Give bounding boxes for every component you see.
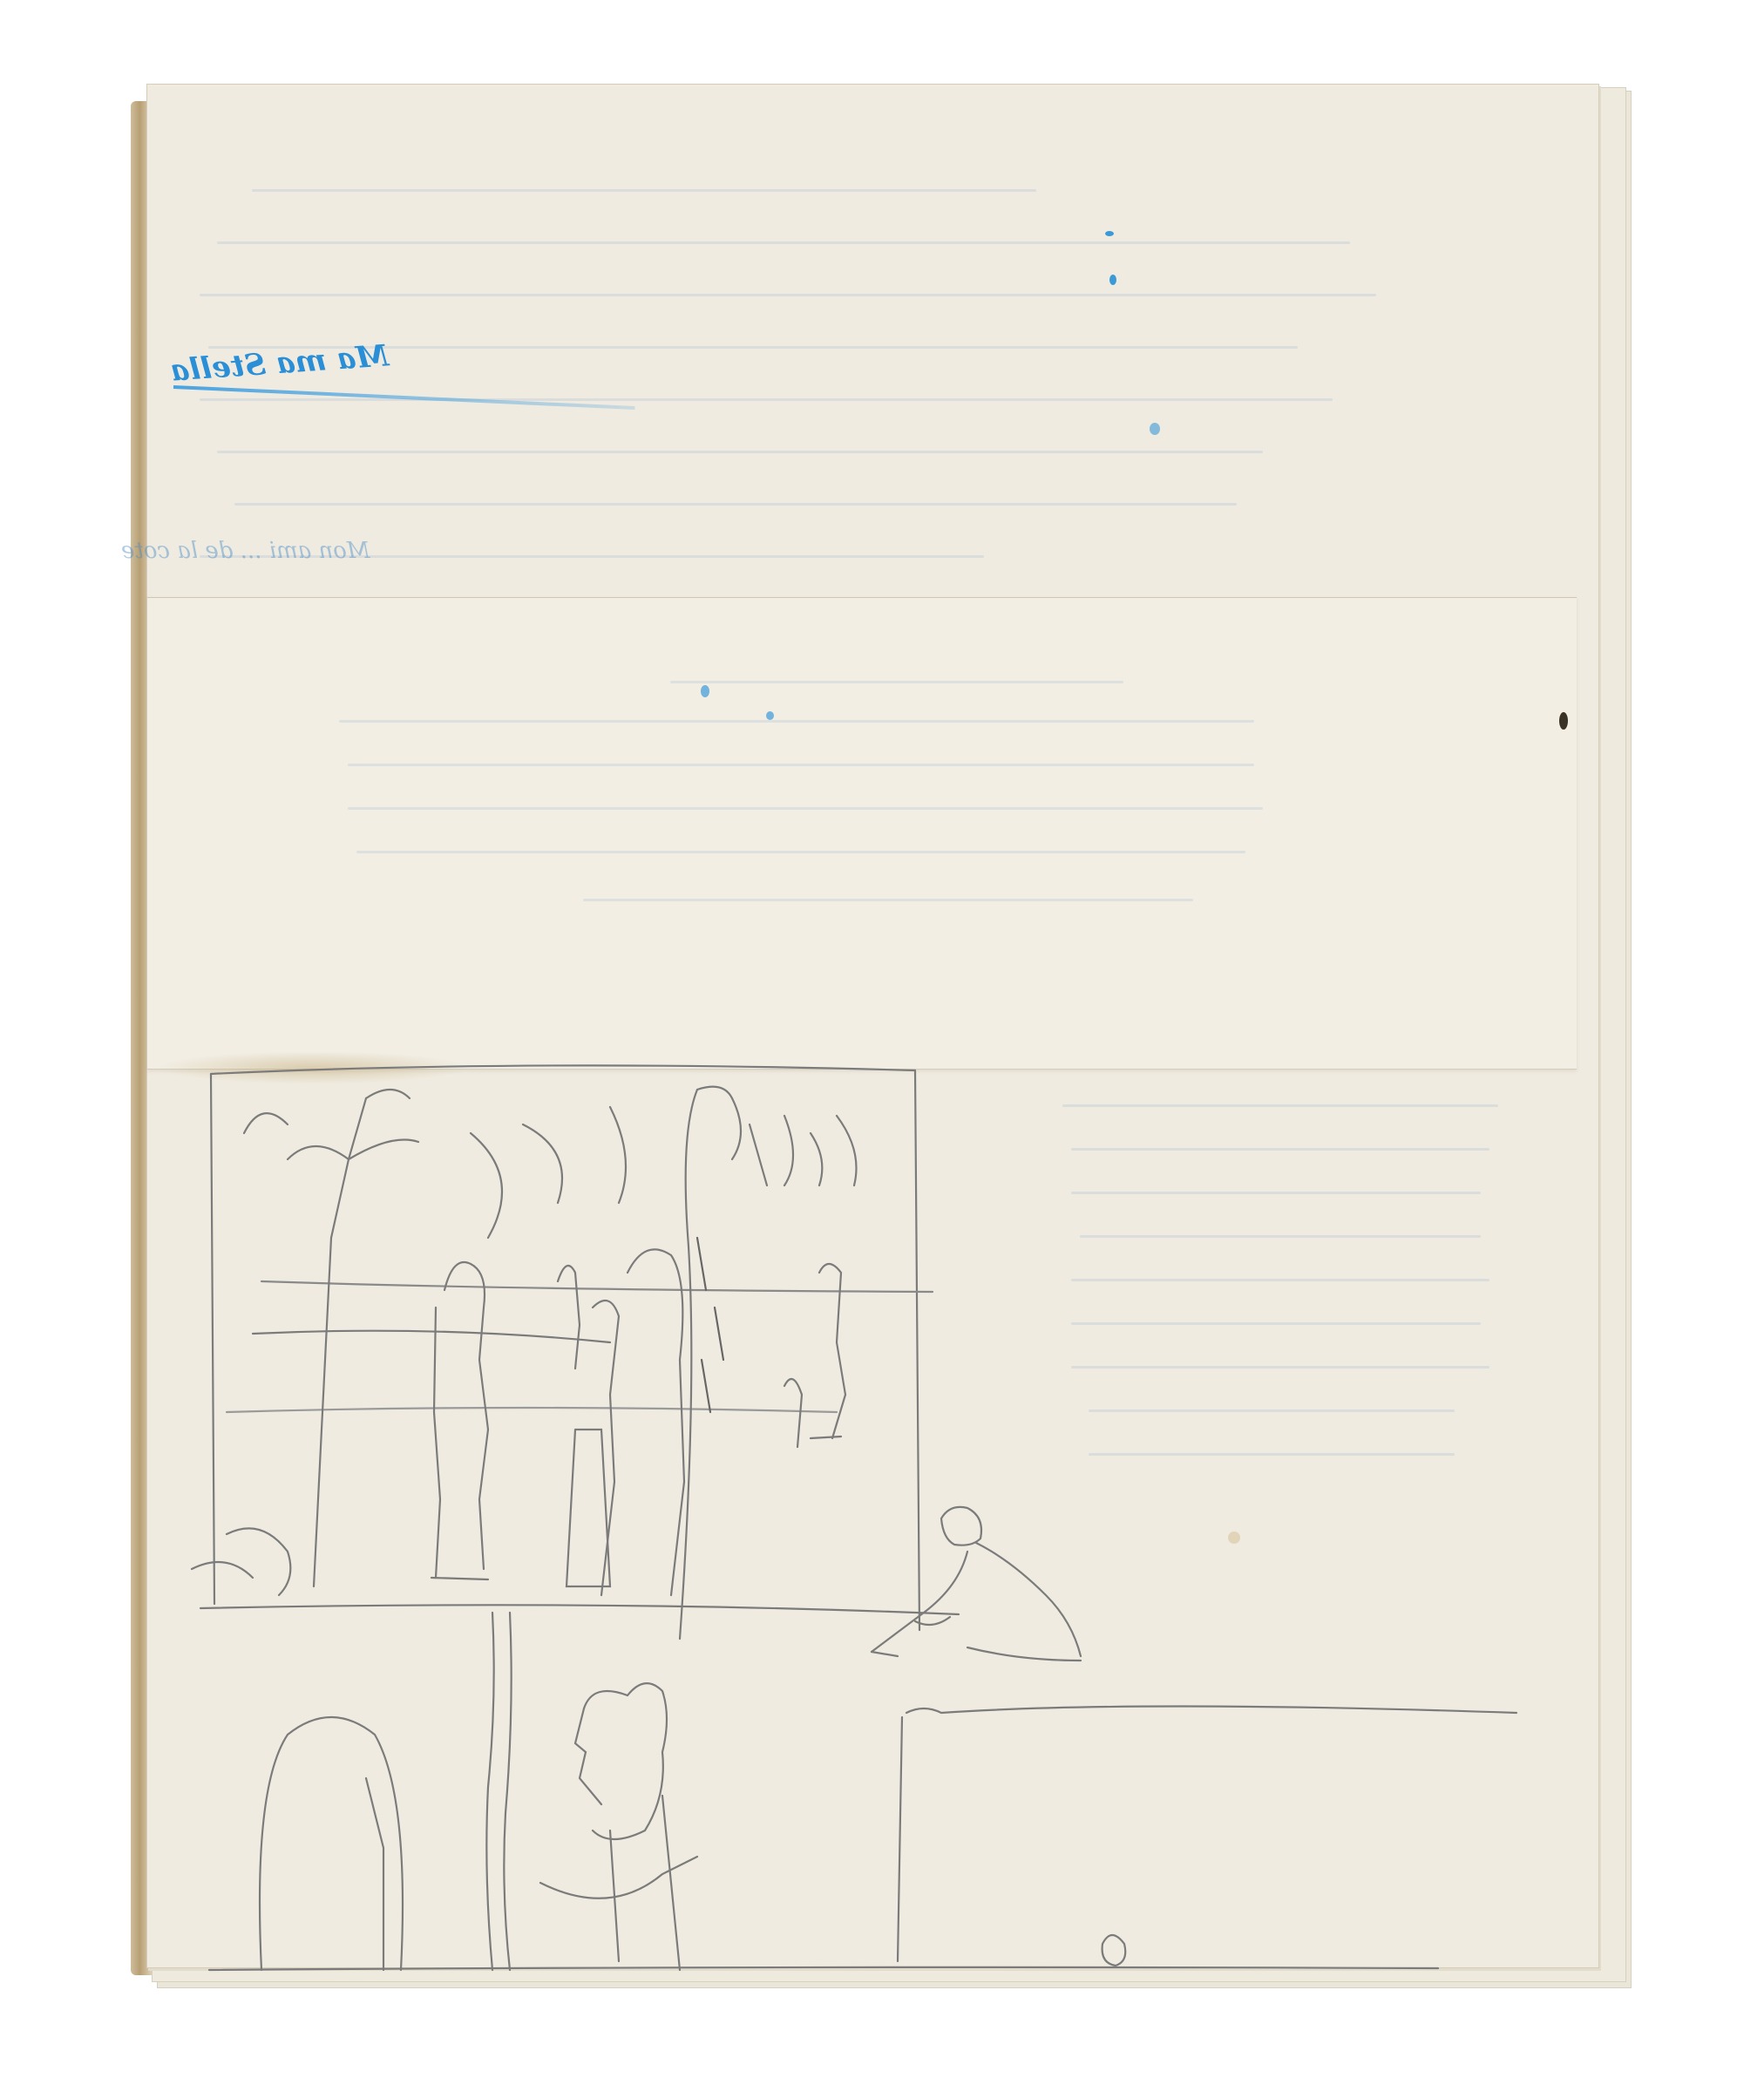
- bleed-through-text-line: [348, 807, 1263, 810]
- bleed-through-text-line: [200, 398, 1333, 401]
- bleed-through-text-line: [1071, 1192, 1481, 1194]
- ink-spot: [1105, 231, 1114, 236]
- ink-spot: [1109, 275, 1116, 285]
- ink-spot: [766, 711, 774, 720]
- paper-stain: [1228, 1532, 1240, 1544]
- blue-crayon-inscription: Ma ma Stella: [169, 338, 390, 388]
- bleed-through-text-line: [1089, 1453, 1455, 1456]
- bleed-through-text-line: [583, 899, 1193, 901]
- bleed-through-text-line: [356, 851, 1245, 853]
- folded-paper-strip: [147, 597, 1577, 1070]
- notebook-page: Ma ma Stella Mon ami ... de la cote: [146, 84, 1599, 1968]
- bleed-through-text-line: [1080, 1235, 1481, 1238]
- bleed-through-text-line: [339, 720, 1254, 723]
- bleed-through-text-line: [1071, 1366, 1489, 1369]
- bleed-through-text-line: [1071, 1148, 1489, 1151]
- bleed-through-text-line: [217, 451, 1263, 453]
- bleed-through-text-line: [1089, 1409, 1455, 1412]
- bleed-through-text-line: [348, 764, 1254, 766]
- ink-spot: [1150, 423, 1160, 435]
- notebook: Ma ma Stella Mon ami ... de la cote: [146, 84, 1628, 1988]
- ink-spot: [701, 685, 709, 697]
- bleed-through-text-line: [200, 294, 1376, 296]
- bleed-through-text-line: [1062, 1104, 1498, 1107]
- bleed-through-text-line: [234, 503, 1237, 506]
- paper-stain: [156, 1051, 470, 1084]
- bleed-through-text-line: [217, 241, 1350, 244]
- faint-mirrored-inscription: Mon ami ... de la cote: [121, 538, 370, 564]
- bleed-through-text-line: [252, 189, 1036, 192]
- paper-mark: [1559, 712, 1568, 730]
- bleed-through-text-line: [1071, 1322, 1481, 1325]
- bleed-through-text-line: [670, 681, 1123, 683]
- bleed-through-text-line: [1071, 1279, 1489, 1281]
